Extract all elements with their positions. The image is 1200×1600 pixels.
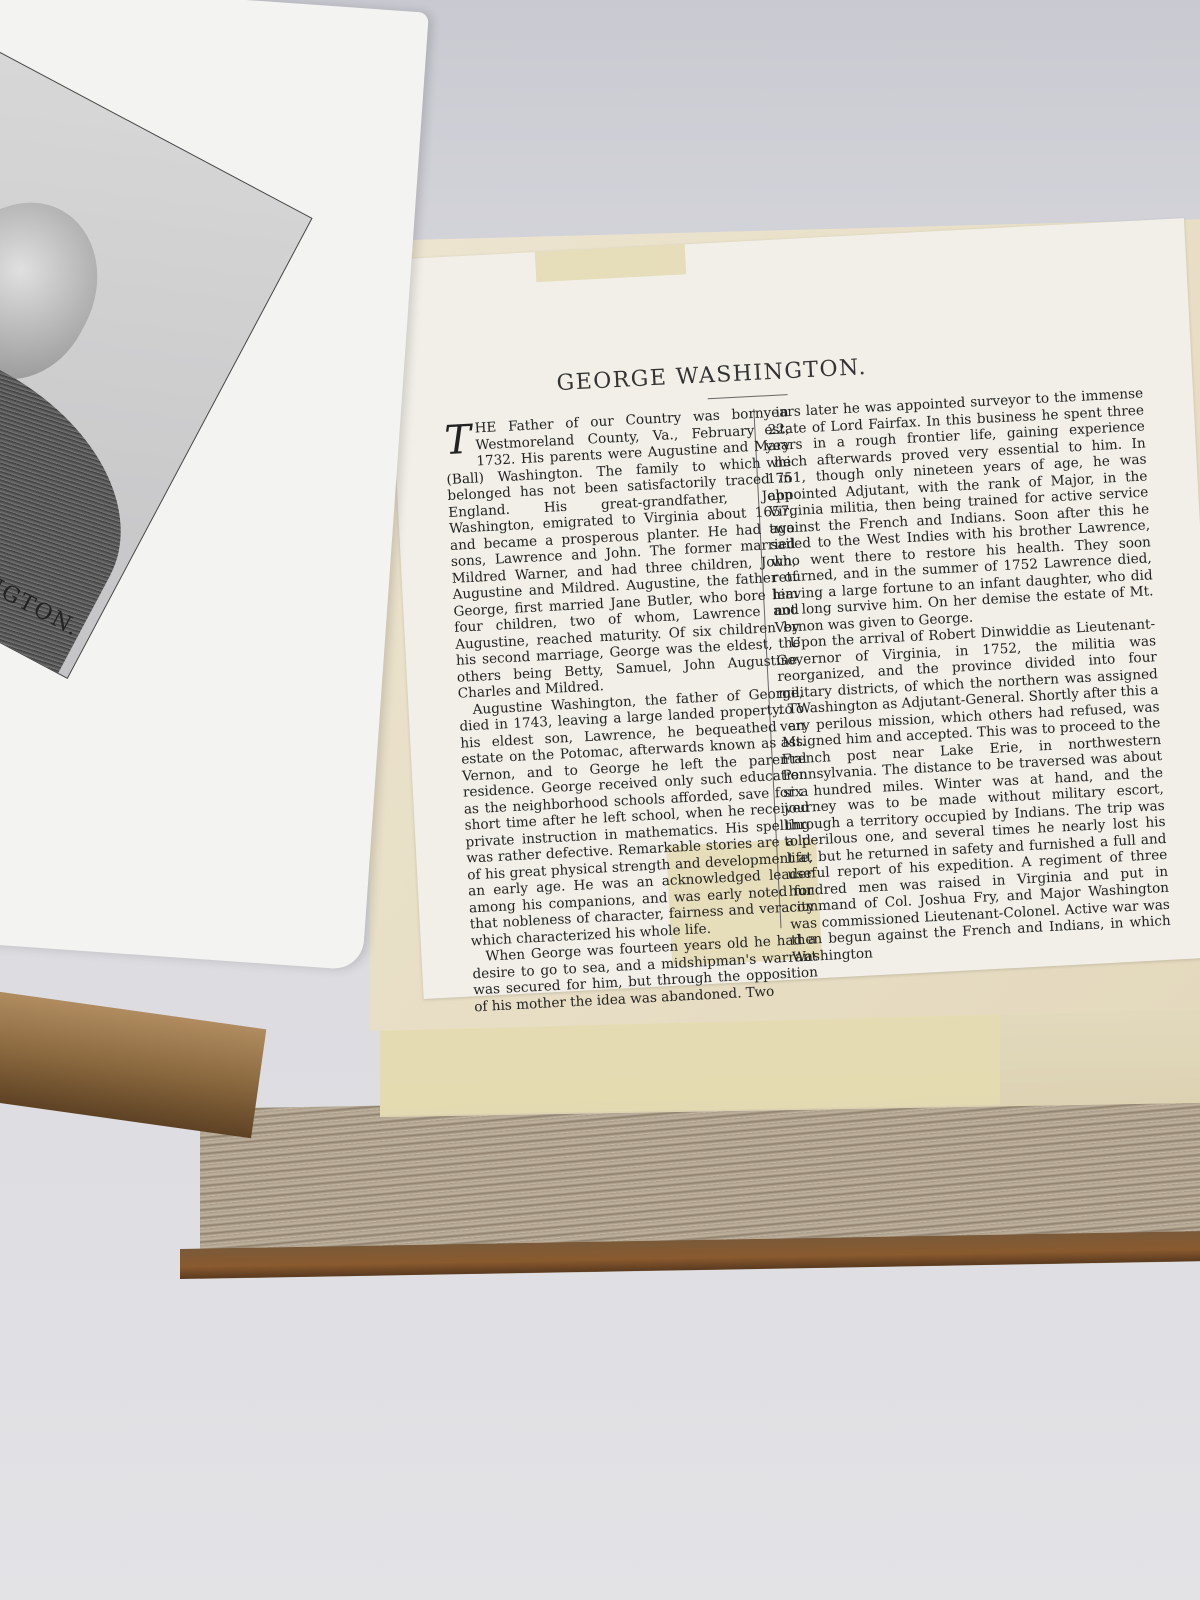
article-left-column: THE Father of our Country was born in We…: [444, 404, 820, 1015]
article-paragraph: Upon the arrival of Robert Dinwiddie as …: [775, 616, 1172, 965]
article-paragraph: years later he was appointed surveyor to…: [763, 386, 1155, 637]
article-paragraph: THE Father of our Country was born in We…: [444, 404, 803, 702]
article-right-column: years later he was appointed surveyor to…: [763, 386, 1172, 966]
article-clipping: GEORGE WASHINGTON. THE Father of our Cou…: [385, 218, 1200, 999]
portrait-head: [0, 175, 127, 404]
drop-cap: T: [444, 423, 472, 458]
book-spine: [0, 992, 266, 1139]
article-title: GEORGE WASHINGTON.: [556, 355, 867, 396]
title-rule: [708, 394, 788, 399]
tape-strip: [535, 244, 686, 282]
article-paragraph: Augustine Washington, the father of Geor…: [458, 684, 815, 949]
